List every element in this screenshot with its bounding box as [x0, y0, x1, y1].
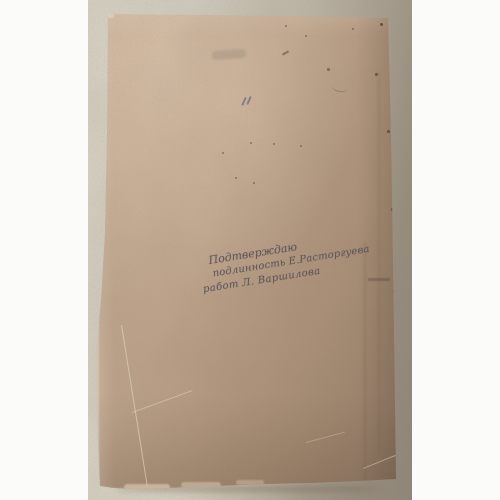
graphite-smudge	[212, 49, 247, 60]
speck	[305, 35, 307, 37]
handwritten-inscription: Подтверждаю подлинность Е.Расторгуева ра…	[196, 228, 376, 297]
speck	[273, 143, 275, 145]
blue-stroke	[241, 97, 246, 106]
speck	[250, 142, 252, 144]
crease-line	[364, 242, 366, 482]
speck	[352, 28, 354, 30]
speck	[327, 68, 330, 71]
scratch	[363, 455, 396, 469]
scratch	[306, 432, 345, 443]
blue-stroke	[246, 96, 251, 105]
blue-pencil-tick-icon	[243, 96, 255, 108]
scratch	[121, 325, 148, 487]
curved-scuff	[331, 81, 348, 93]
crease-line	[378, 72, 380, 452]
speck	[285, 25, 287, 27]
pencil-tick	[282, 50, 289, 55]
speck	[300, 145, 302, 147]
cardboard-panel: Подтверждаю подлинность Е.Расторгуева ра…	[96, 12, 400, 490]
pinhole	[387, 130, 390, 133]
scratch	[132, 390, 193, 413]
pinhole	[380, 23, 383, 26]
speck	[235, 177, 237, 179]
speck	[222, 152, 224, 154]
speck	[253, 182, 255, 184]
